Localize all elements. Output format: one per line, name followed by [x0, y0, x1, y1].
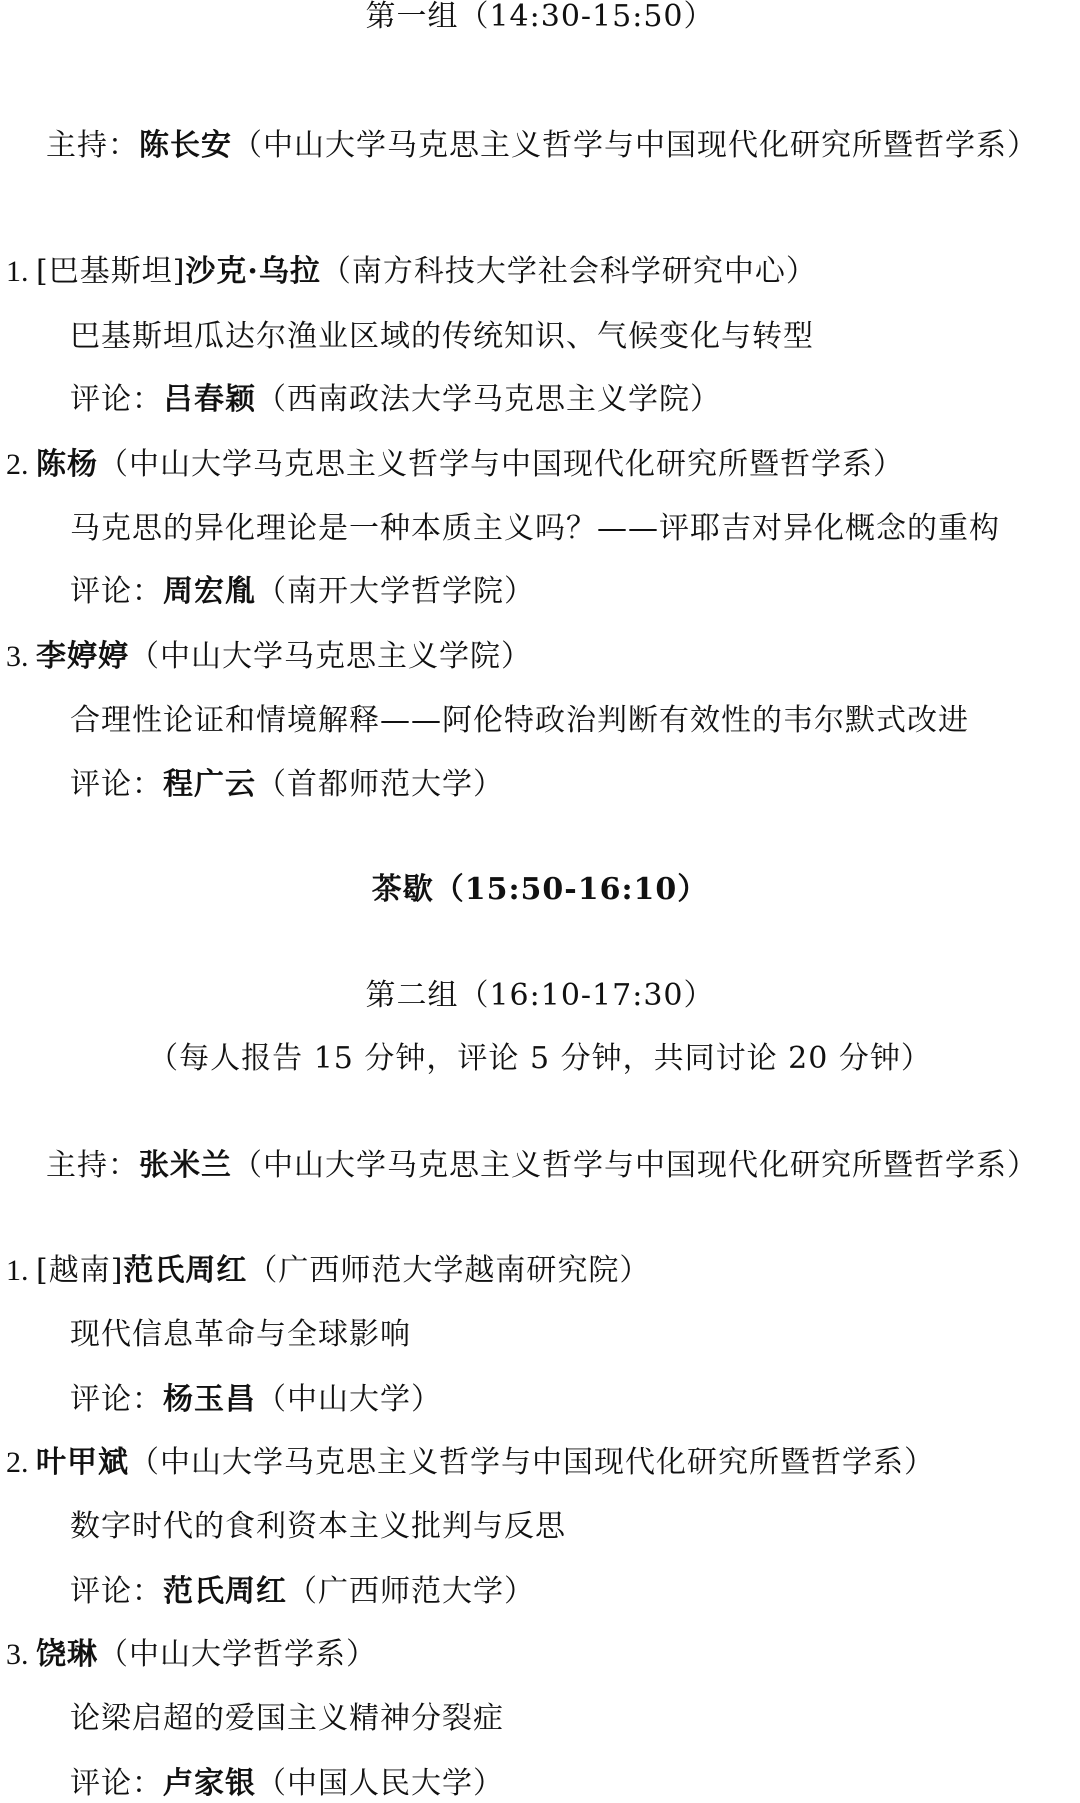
speaker-affiliation: （中山大学马克思主义哲学与中国现代化研究所暨哲学系）	[98, 447, 904, 482]
talk-topic: 巴基斯坦瓜达尔渔业区域的传统知识、气候变化与转型	[70, 317, 814, 357]
speaker-name: 饶琳	[36, 1637, 98, 1672]
talk-number: 3.	[6, 1638, 36, 1671]
comment-label: 评论：	[70, 1382, 163, 1417]
commentator-affiliation: （首都师范大学）	[256, 767, 504, 802]
session1-title: 第一组（14:30-15:50）	[0, 0, 1080, 37]
talk-number: 1.	[6, 255, 36, 288]
commentator-affiliation: （南开大学哲学院）	[256, 574, 535, 609]
comment-label: 评论：	[70, 1574, 163, 1609]
talk-commentator-line: 评论：吕春颖（西南政法大学马克思主义学院）	[70, 380, 721, 420]
talk-commentator-line: 评论：杨玉昌（中山大学）	[70, 1380, 442, 1420]
speaker-name: 范氏周红	[123, 1253, 247, 1288]
speaker-country: [越南]	[36, 1253, 123, 1288]
speaker-name: 李婷婷	[36, 639, 129, 674]
talk-speaker-line: 3. 李婷婷（中山大学马克思主义学院）	[6, 637, 532, 677]
commentator-name: 吕春颖	[163, 382, 256, 417]
tea-break: 茶歇（15:50-16:10）	[0, 870, 1080, 910]
host-affiliation: （中山大学马克思主义哲学与中国现代化研究所暨哲学系）	[232, 1148, 1038, 1183]
speaker-affiliation: （中山大学哲学系）	[98, 1637, 377, 1672]
commentator-affiliation: （中山大学）	[256, 1382, 442, 1417]
session2-host: 主持：张米兰（中山大学马克思主义哲学与中国现代化研究所暨哲学系）	[46, 1146, 1038, 1186]
host-affiliation: （中山大学马克思主义哲学与中国现代化研究所暨哲学系）	[232, 128, 1038, 163]
speaker-affiliation: （南方科技大学社会科学研究中心）	[321, 254, 817, 289]
talk-commentator-line: 评论：范氏周红（广西师范大学）	[70, 1572, 535, 1612]
talk-topic: 马克思的异化理论是一种本质主义吗？——评耶吉对异化概念的重构	[70, 509, 1000, 549]
talk-speaker-line: 1. [越南]范氏周红（广西师范大学越南研究院）	[6, 1251, 650, 1291]
host-label: 主持：	[46, 128, 139, 163]
talk-commentator-line: 评论：周宏胤（南开大学哲学院）	[70, 572, 535, 612]
commentator-affiliation: （广西师范大学）	[287, 1574, 535, 1609]
commentator-affiliation: （中国人民大学）	[256, 1766, 504, 1801]
comment-label: 评论：	[70, 382, 163, 417]
comment-label: 评论：	[70, 574, 163, 609]
talk-topic: 现代信息革命与全球影响	[70, 1315, 411, 1355]
commentator-name: 范氏周红	[163, 1574, 287, 1609]
commentator-name: 周宏胤	[163, 574, 256, 609]
comment-label: 评论：	[70, 767, 163, 802]
speaker-affiliation: （广西师范大学越南研究院）	[247, 1253, 650, 1288]
talk-number: 3.	[6, 640, 36, 673]
speaker-affiliation: （中山大学马克思主义学院）	[129, 639, 532, 674]
speaker-name: 叶甲斌	[36, 1445, 129, 1480]
talk-speaker-line: 2. 叶甲斌（中山大学马克思主义哲学与中国现代化研究所暨哲学系）	[6, 1443, 935, 1483]
talk-speaker-line: 2. 陈杨（中山大学马克思主义哲学与中国现代化研究所暨哲学系）	[6, 445, 904, 485]
talk-number: 1.	[6, 1254, 36, 1287]
talk-number: 2.	[6, 1446, 36, 1479]
talk-speaker-line: 1. [巴基斯坦]沙克·乌拉（南方科技大学社会科学研究中心）	[6, 252, 817, 292]
session1-host: 主持：陈长安（中山大学马克思主义哲学与中国现代化研究所暨哲学系）	[46, 126, 1038, 166]
speaker-country: [巴基斯坦]	[36, 254, 185, 289]
commentator-name: 卢家银	[163, 1766, 256, 1801]
talk-number: 2.	[6, 448, 36, 481]
host-name: 张米兰	[139, 1148, 232, 1183]
talk-topic: 合理性论证和情境解释——阿伦特政治判断有效性的韦尔默式改进	[70, 701, 969, 741]
speaker-name: 陈杨	[36, 447, 98, 482]
talk-topic: 论梁启超的爱国主义精神分裂症	[70, 1699, 504, 1739]
talk-topic: 数字时代的食利资本主义批判与反思	[70, 1507, 566, 1547]
talk-speaker-line: 3. 饶琳（中山大学哲学系）	[6, 1635, 377, 1675]
host-label: 主持：	[46, 1148, 139, 1183]
talk-commentator-line: 评论：程广云（首都师范大学）	[70, 765, 504, 805]
speaker-name: 沙克·乌拉	[185, 254, 320, 289]
comment-label: 评论：	[70, 1766, 163, 1801]
session2-title: 第二组（16:10-17:30）	[0, 976, 1080, 1016]
session2-note: （每人报告 15 分钟，评论 5 分钟，共同讨论 20 分钟）	[0, 1039, 1080, 1079]
host-name: 陈长安	[139, 128, 232, 163]
talk-commentator-line: 评论：卢家银（中国人民大学）	[70, 1764, 504, 1803]
commentator-name: 程广云	[163, 767, 256, 802]
commentator-affiliation: （西南政法大学马克思主义学院）	[256, 382, 721, 417]
speaker-affiliation: （中山大学马克思主义哲学与中国现代化研究所暨哲学系）	[129, 1445, 935, 1480]
commentator-name: 杨玉昌	[163, 1382, 256, 1417]
